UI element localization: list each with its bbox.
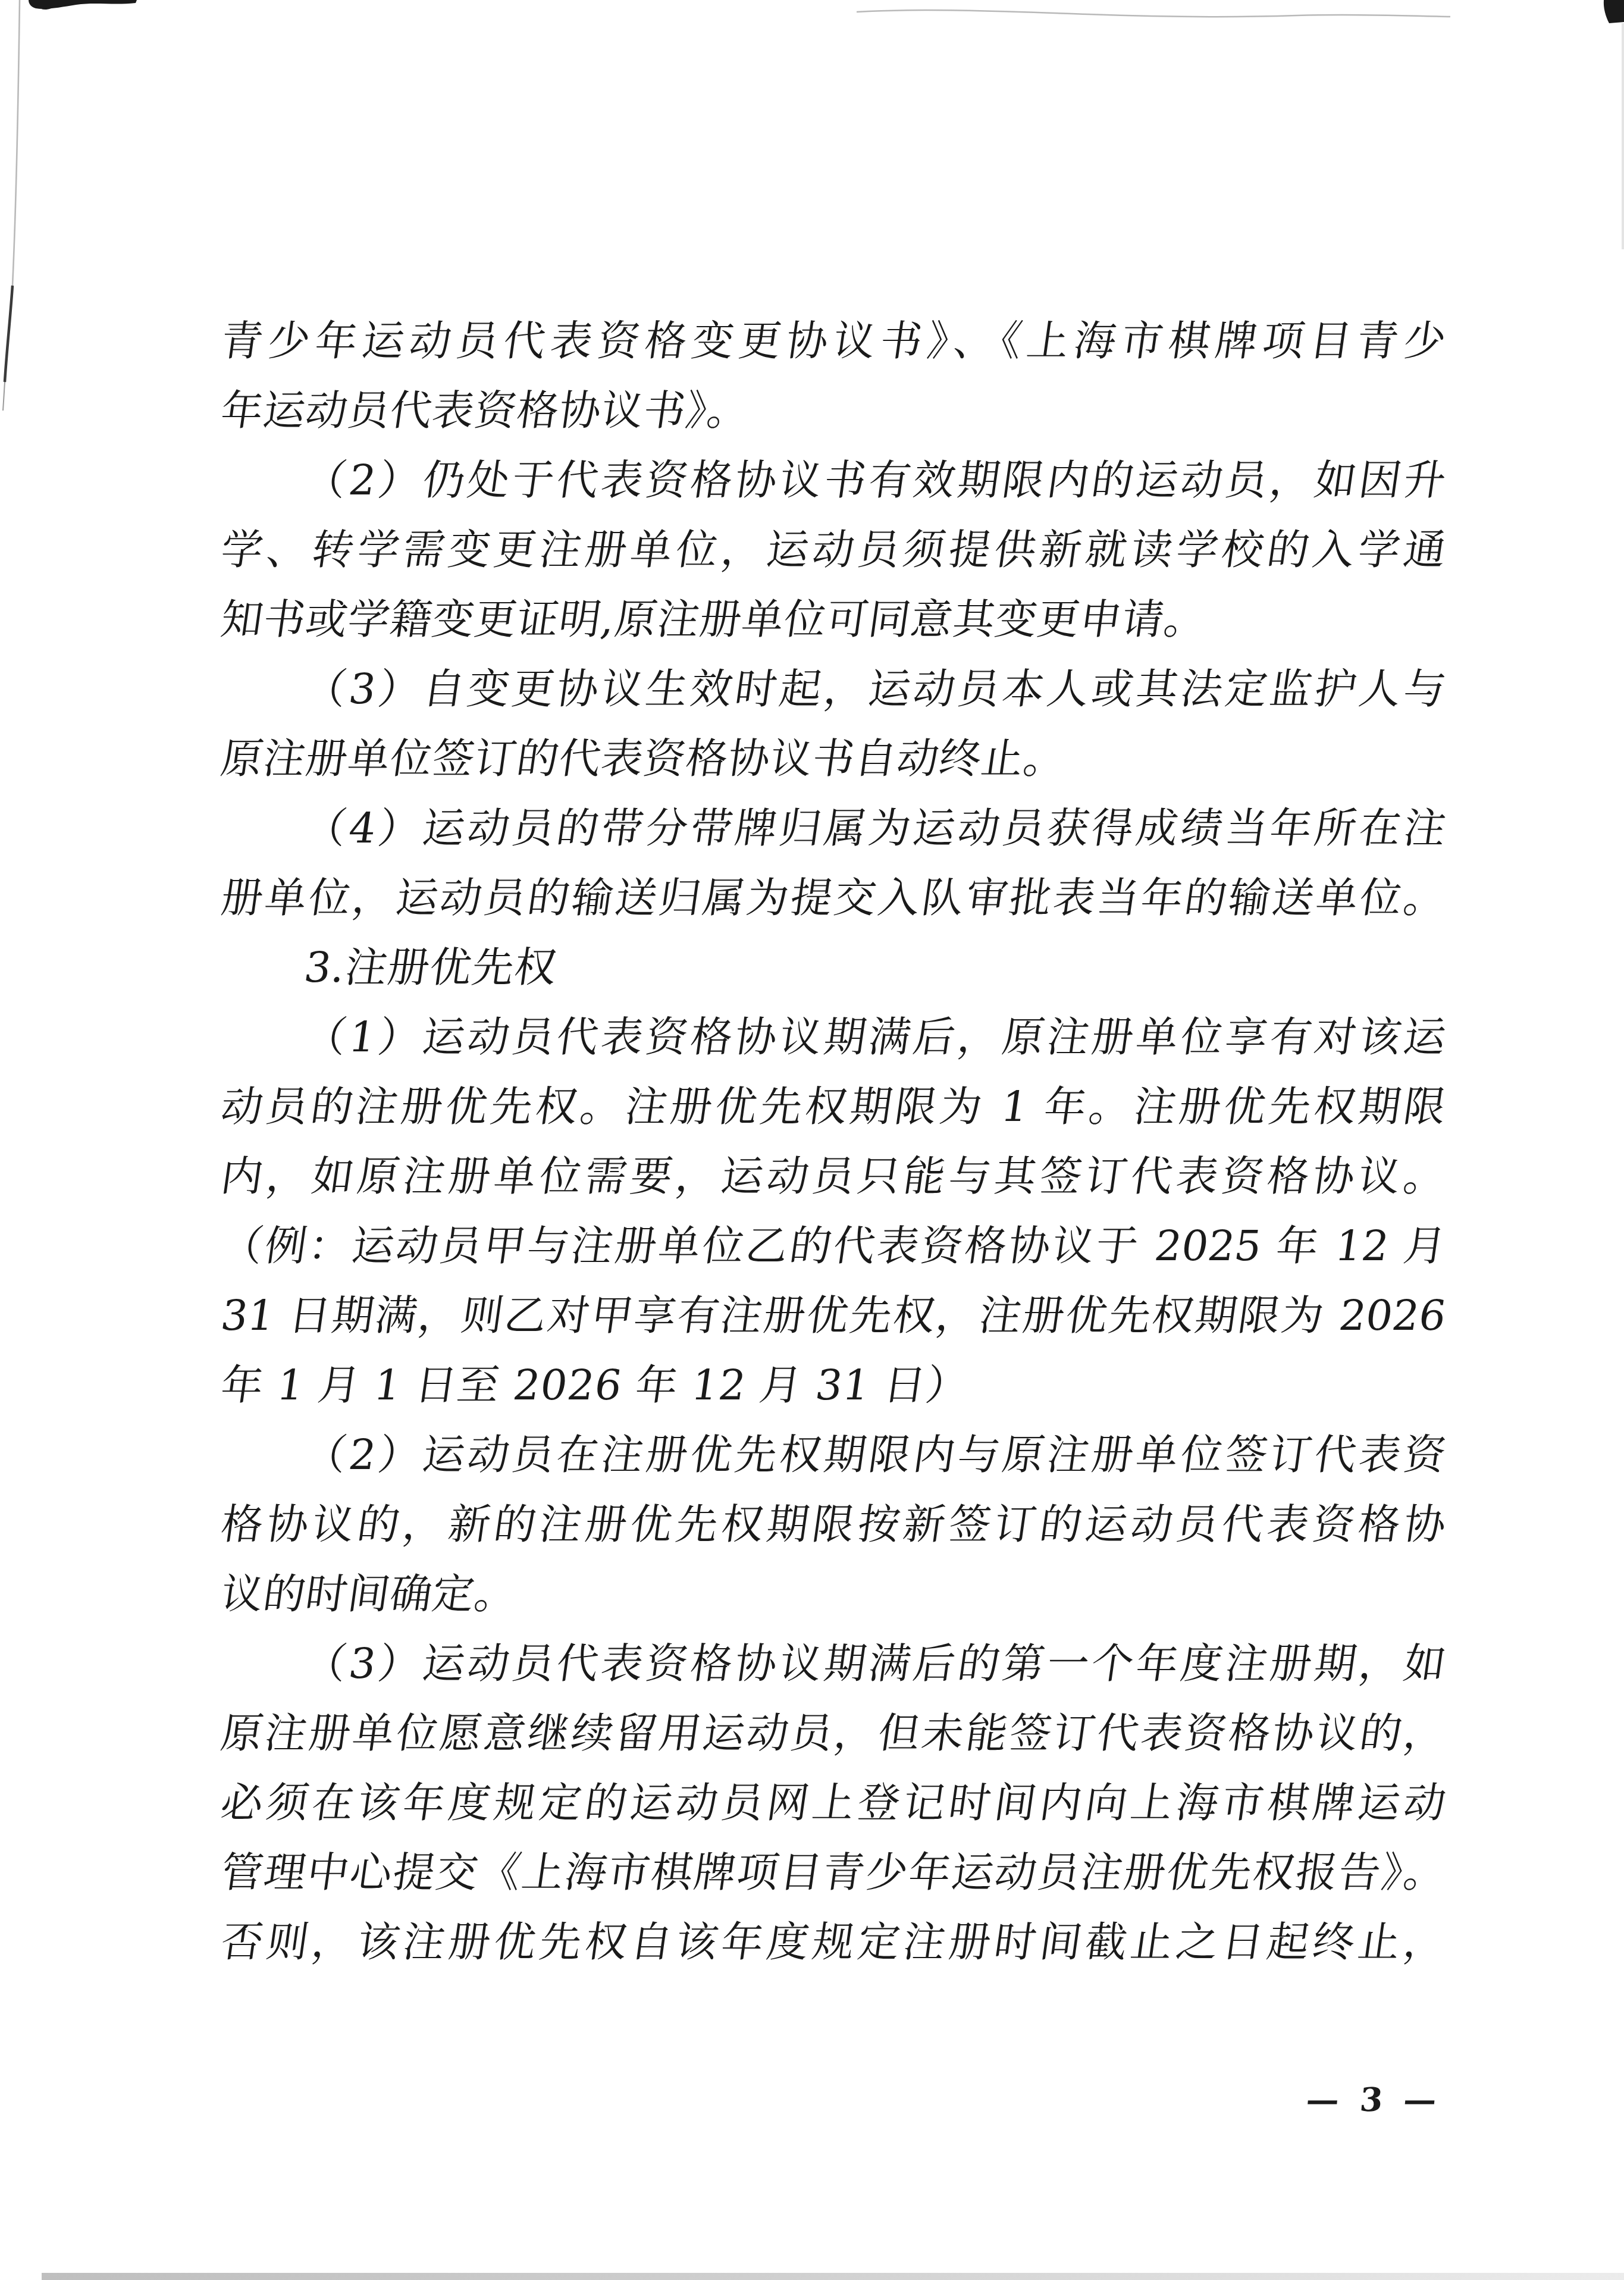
text-line: 青少年运动员代表资格变更协议书》、《上海市棋牌项目青少 [217, 306, 1450, 376]
text-line: （3）自变更协议生效时起，运动员本人或其法定监护人与 [217, 654, 1450, 724]
text-line: 内，如原注册单位需要，运动员只能与其签订代表资格协议。 [217, 1142, 1450, 1211]
text-line: 管理中心提交《上海市棋牌项目青少年运动员注册优先权报告》。 [217, 1838, 1450, 1908]
text-line: 年 1 月 1 日至 2026 年 12 月 31 日） [217, 1351, 1450, 1420]
text-line: 知书或学籍变更证明,原注册单位可同意其变更申请。 [217, 585, 1450, 654]
text-line: 3.注册优先权 [217, 933, 1450, 1003]
text-line: 议的时间确定。 [217, 1559, 1450, 1629]
text-line: 年运动员代表资格协议书》。 [217, 376, 1450, 446]
text-line: 必须在该年度规定的运动员网上登记时间内向上海市棋牌运动 [217, 1768, 1450, 1838]
left-fold-line-dark-artifact [5, 286, 12, 382]
text-line: 原注册单位签订的代表资格协议书自动终止。 [217, 724, 1450, 794]
document-body-text: 青少年运动员代表资格变更协议书》、《上海市棋牌项目青少年运动员代表资格协议书》。… [221, 306, 1446, 1977]
text-line: （例：运动员甲与注册单位乙的代表资格协议于 2025 年 12 月 [217, 1211, 1450, 1281]
scanned-document-page: 青少年运动员代表资格变更协议书》、《上海市棋牌项目青少年运动员代表资格协议书》。… [0, 0, 1624, 2280]
bottom-edge-shadow-artifact [42, 2273, 1624, 2280]
text-line: 学、转学需变更注册单位，运动员须提供新就读学校的入学通 [217, 515, 1450, 585]
text-line: 31 日期满，则乙对甲享有注册优先权，注册优先权期限为 2026 [217, 1281, 1450, 1351]
text-line: 原注册单位愿意继续留用运动员，但未能签订代表资格协议的， [217, 1699, 1450, 1768]
left-fold-line-artifact [12, 0, 20, 286]
text-line: 否则，该注册优先权自该年度规定注册时间截止之日起终止， [217, 1908, 1450, 1977]
text-line: （2）运动员在注册优先权期限内与原注册单位签订代表资 [217, 1420, 1450, 1490]
text-line: 动员的注册优先权。注册优先权期限为 1 年。注册优先权期限 [217, 1072, 1450, 1142]
right-edge-shadow-artifact [1622, 23, 1624, 249]
text-line: （3）运动员代表资格协议期满后的第一个年度注册期，如 [217, 1629, 1450, 1699]
text-line: （4）运动员的带分带牌归属为运动员获得成绩当年所在注 [217, 794, 1450, 863]
text-line: （1）运动员代表资格协议期满后，原注册单位享有对该运 [217, 1003, 1450, 1072]
top-left-smudge-artifact [29, 0, 137, 10]
page-number: — 3 — [1305, 2080, 1443, 2119]
text-line: 格协议的，新的注册优先权期限按新签订的运动员代表资格协 [217, 1490, 1450, 1559]
text-line: （2）仍处于代表资格协议书有效期限内的运动员，如因升 [217, 446, 1450, 515]
text-line: 册单位，运动员的输送归属为提交入队审批表当年的输送单位。 [217, 863, 1450, 933]
top-right-corner-artifact [1604, 0, 1624, 23]
top-hairline-artifact [857, 10, 1450, 17]
left-fold-line-tail-artifact [3, 382, 5, 411]
